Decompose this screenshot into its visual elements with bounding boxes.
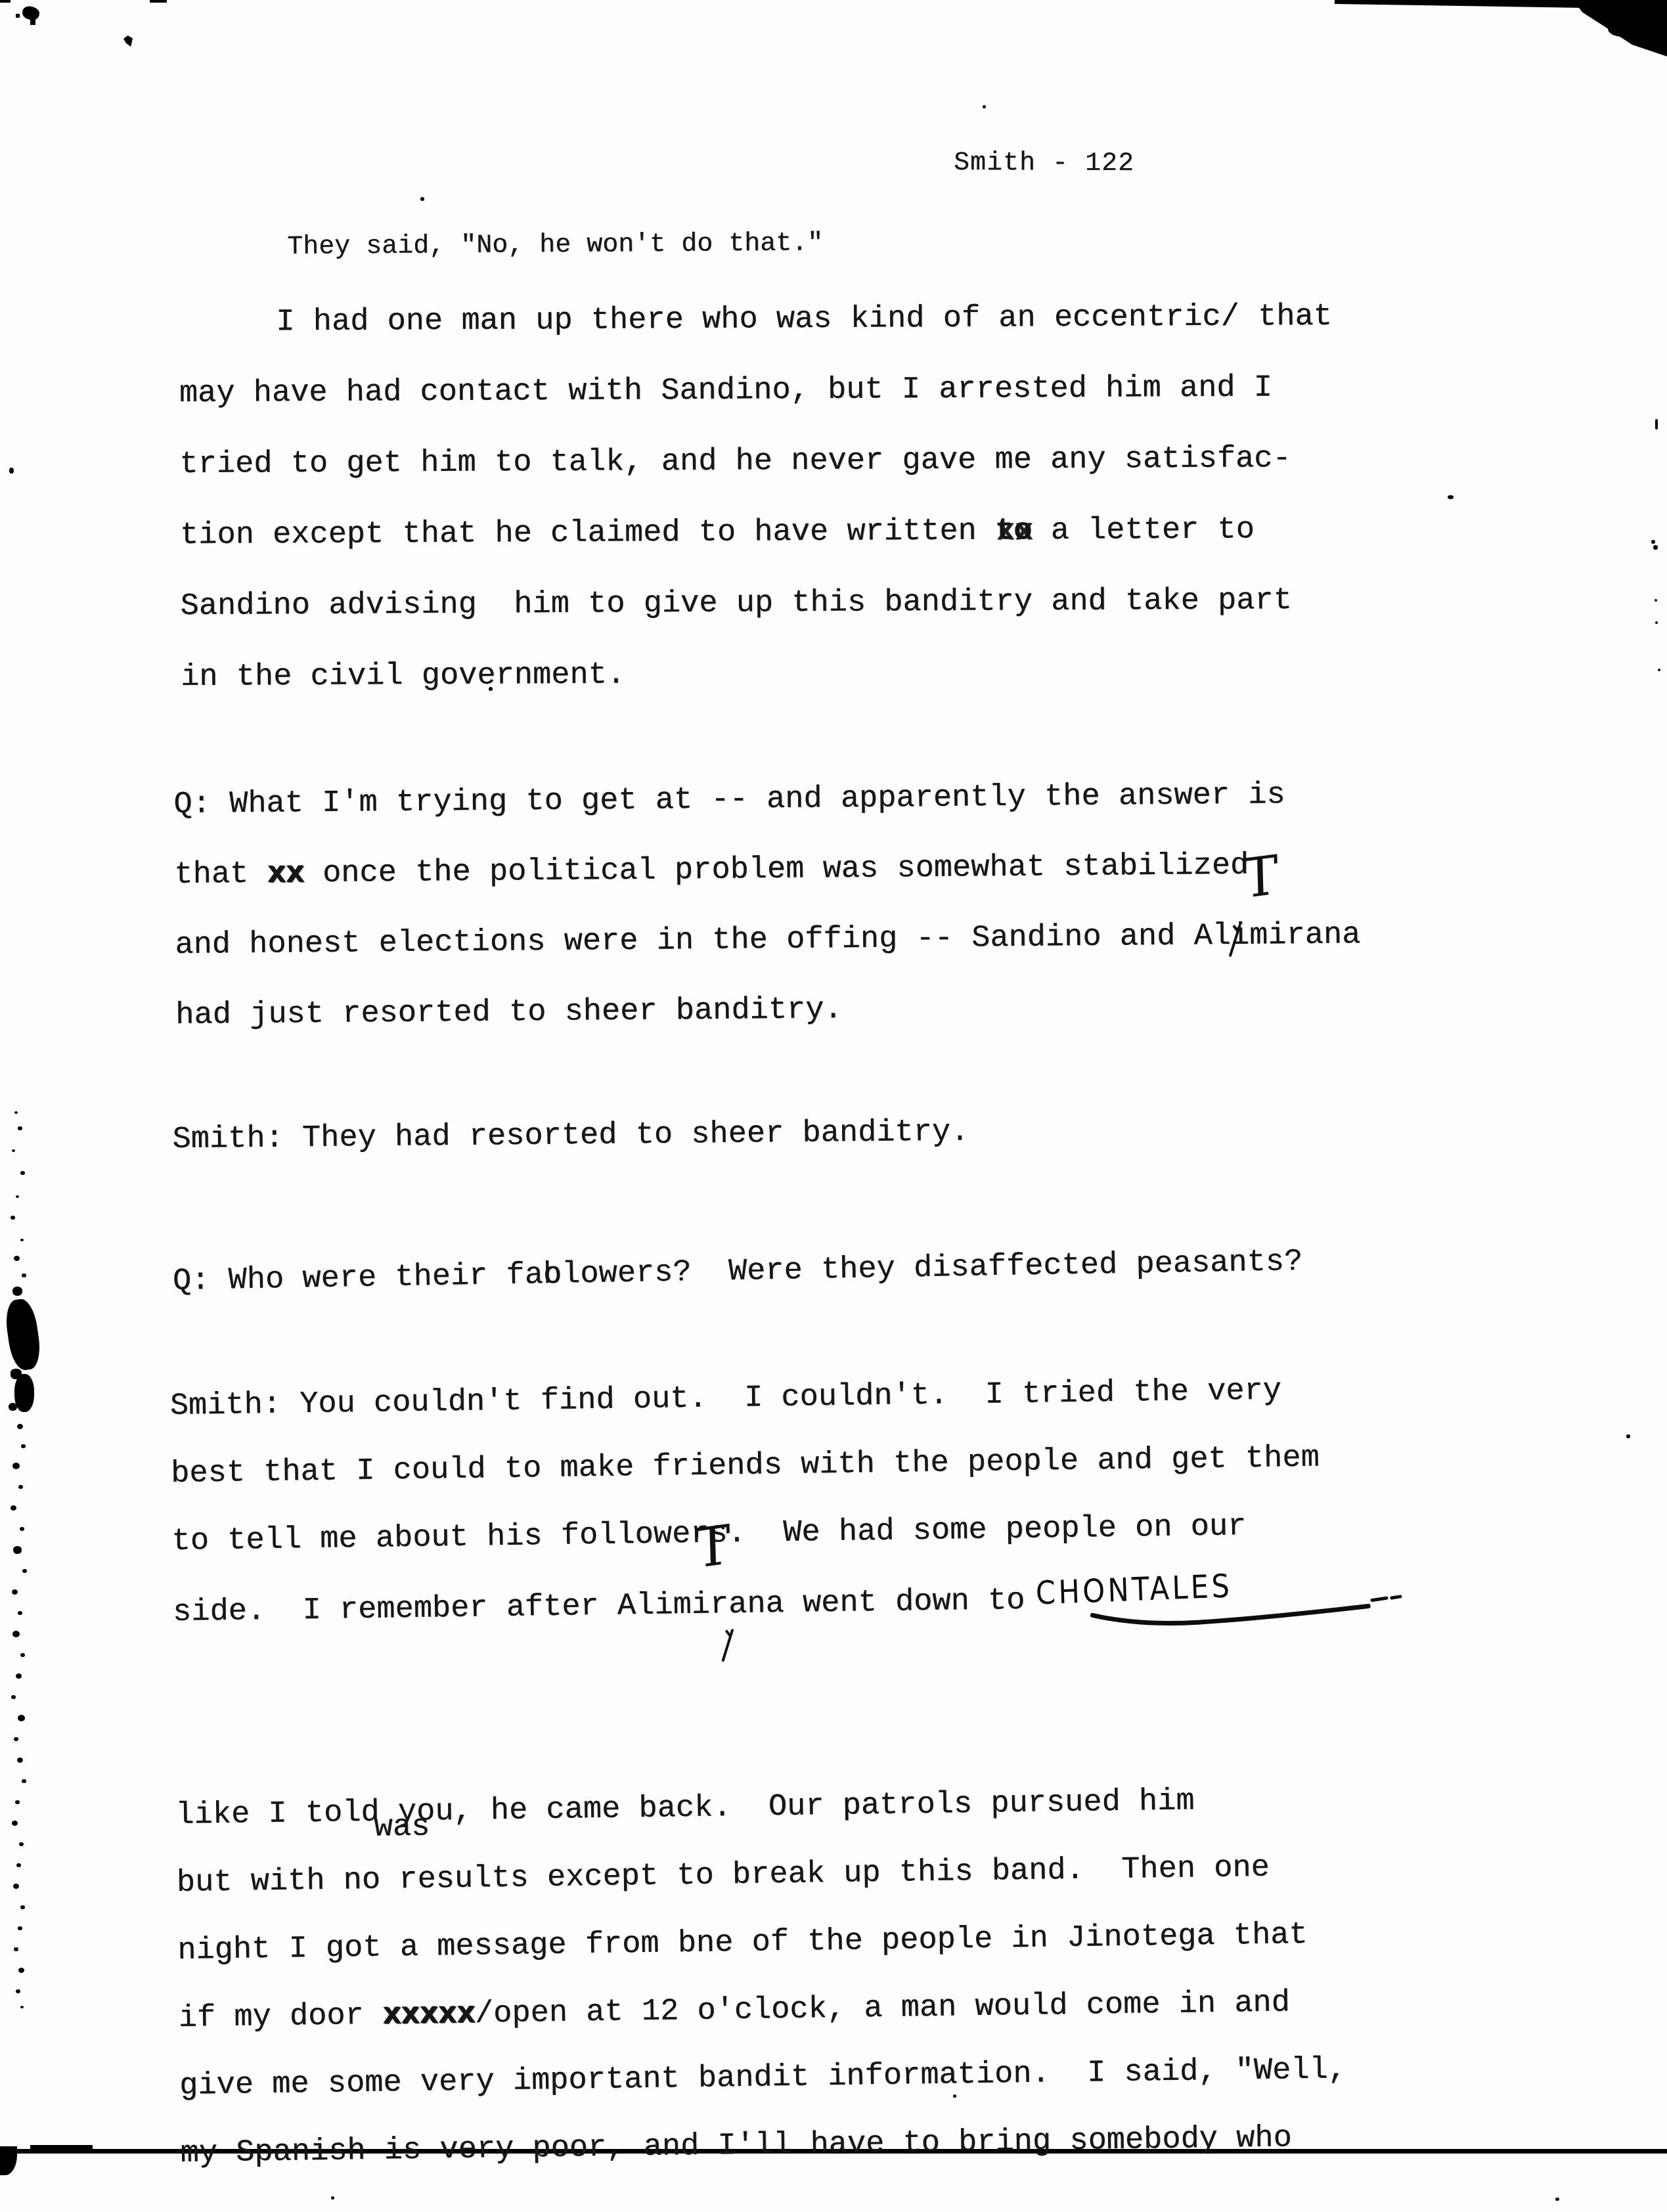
scan-artifact [0, 0, 11, 3]
text-line: side. I remember after Alimirana went do… [172, 1559, 1342, 1782]
scan-artifact [1651, 540, 1655, 544]
scan-artifact [3, 1297, 43, 1371]
overtype-x: xxxxx [383, 1981, 476, 2050]
text-segment: tion except that he claimed to have writ… [180, 514, 995, 552]
scan-artifact [123, 35, 133, 47]
scan-artifact [420, 197, 424, 201]
text-line: Q: What I'm trying to get at -- and appa… [173, 759, 1360, 840]
scan-artifact [1626, 1434, 1630, 1438]
scan-artifact [1653, 545, 1658, 550]
scan-artifact [14, 1111, 18, 1114]
scan-artifact [0, 2146, 17, 2175]
scan-artifact [9, 468, 14, 474]
scan-artifact [1448, 495, 1454, 499]
smith-answer-2: Smith: You couldn't find out. I couldn't… [169, 1356, 1348, 2188]
text-line: and honest elections were in the offing … [175, 900, 1361, 981]
text-line: that xxxx once the political problem was… [174, 829, 1360, 910]
text-segment: /open at 12 o'clock, a man would come in… [475, 1985, 1291, 2031]
page-header: Smith - 122 [954, 147, 1134, 181]
text-line: I had one man up there who was kind of a… [179, 282, 1332, 359]
text-line: Smith: They had resorted to sheer bandit… [172, 1097, 969, 1175]
scan-artifact [1658, 669, 1660, 671]
caret-mark [721, 1629, 734, 1662]
typed-interline-correction: was [374, 1812, 430, 1844]
text-line: They said, "No, he won't do that." [287, 227, 823, 264]
text-line: Q: Who were their fabolowers? Were they … [172, 1227, 1303, 1317]
document-page: Smith - 122 They said, "No, he won't do … [0, 0, 1667, 2212]
handwritten-insert-t: T [1242, 849, 1279, 908]
text-line: Sandino advising him to give up this ban… [180, 565, 1333, 642]
text-segment: if my door [178, 1999, 382, 2036]
scan-artifact [1655, 419, 1658, 430]
question-1: Q: What I'm trying to get at -- and appa… [173, 759, 1362, 1051]
overtyped-char: bo [543, 1240, 562, 1310]
smith-answer-1: Smith: They had resorted to sheer bandit… [172, 1097, 969, 1175]
strikeout-word: toxx [995, 496, 1033, 567]
text-line: tion except that he claimed to have writ… [180, 495, 1333, 571]
text-segment: lowers? Were they disaffected peasants? [562, 1245, 1303, 1293]
text-segment: Q: Who were their fa [172, 1258, 543, 1299]
question-2: Q: Who were their fabolowers? Were they … [172, 1227, 1303, 1317]
text-segment: imirana went down to [654, 1583, 1025, 1624]
text-segment: a letter to [1032, 512, 1255, 548]
text-line: in the civil government. [181, 636, 1334, 713]
paragraph-2: I had one man up there who was kind of a… [179, 282, 1334, 713]
overtype-x: xx [268, 839, 305, 910]
handwritten-insert-t: T [694, 1518, 732, 1578]
handwritten-underline [1087, 1593, 1416, 1627]
text-line: had just resorted to sheer banditry. [175, 970, 1362, 1051]
scan-artifact [30, 2145, 93, 2150]
text-line: may have had contact with Sandino, but I… [179, 353, 1333, 430]
strikeout-word: xxxxxxxxxx [382, 1981, 475, 2050]
text-segment: imirana [1231, 918, 1361, 954]
text-segment: and honest elections were in the offing … [175, 919, 1231, 963]
scan-artifact [1655, 621, 1658, 624]
scan-artifact [331, 2196, 334, 2200]
text-segment: that [174, 857, 267, 893]
strikeout-word: xxxx [267, 839, 304, 909]
paragraph-1: They said, "No, he won't do that." [287, 227, 823, 264]
overtype-x: xx [996, 497, 1034, 567]
text-line: tried to get him to talk, and he never g… [179, 424, 1333, 500]
over-char: o [543, 1240, 562, 1310]
scan-artifact [150, 0, 167, 3]
text-segment: once the political problem was somewhat … [304, 849, 1249, 892]
scan-artifact [1555, 2198, 1559, 2201]
text-segment: side. I remember after Al [173, 1589, 655, 1630]
scan-artifact [1655, 599, 1657, 602]
scan-artifact [14, 1374, 34, 1412]
scan-artifact [16, 14, 20, 18]
scan-artifact [983, 105, 986, 108]
scan-artifact [30, 17, 35, 25]
